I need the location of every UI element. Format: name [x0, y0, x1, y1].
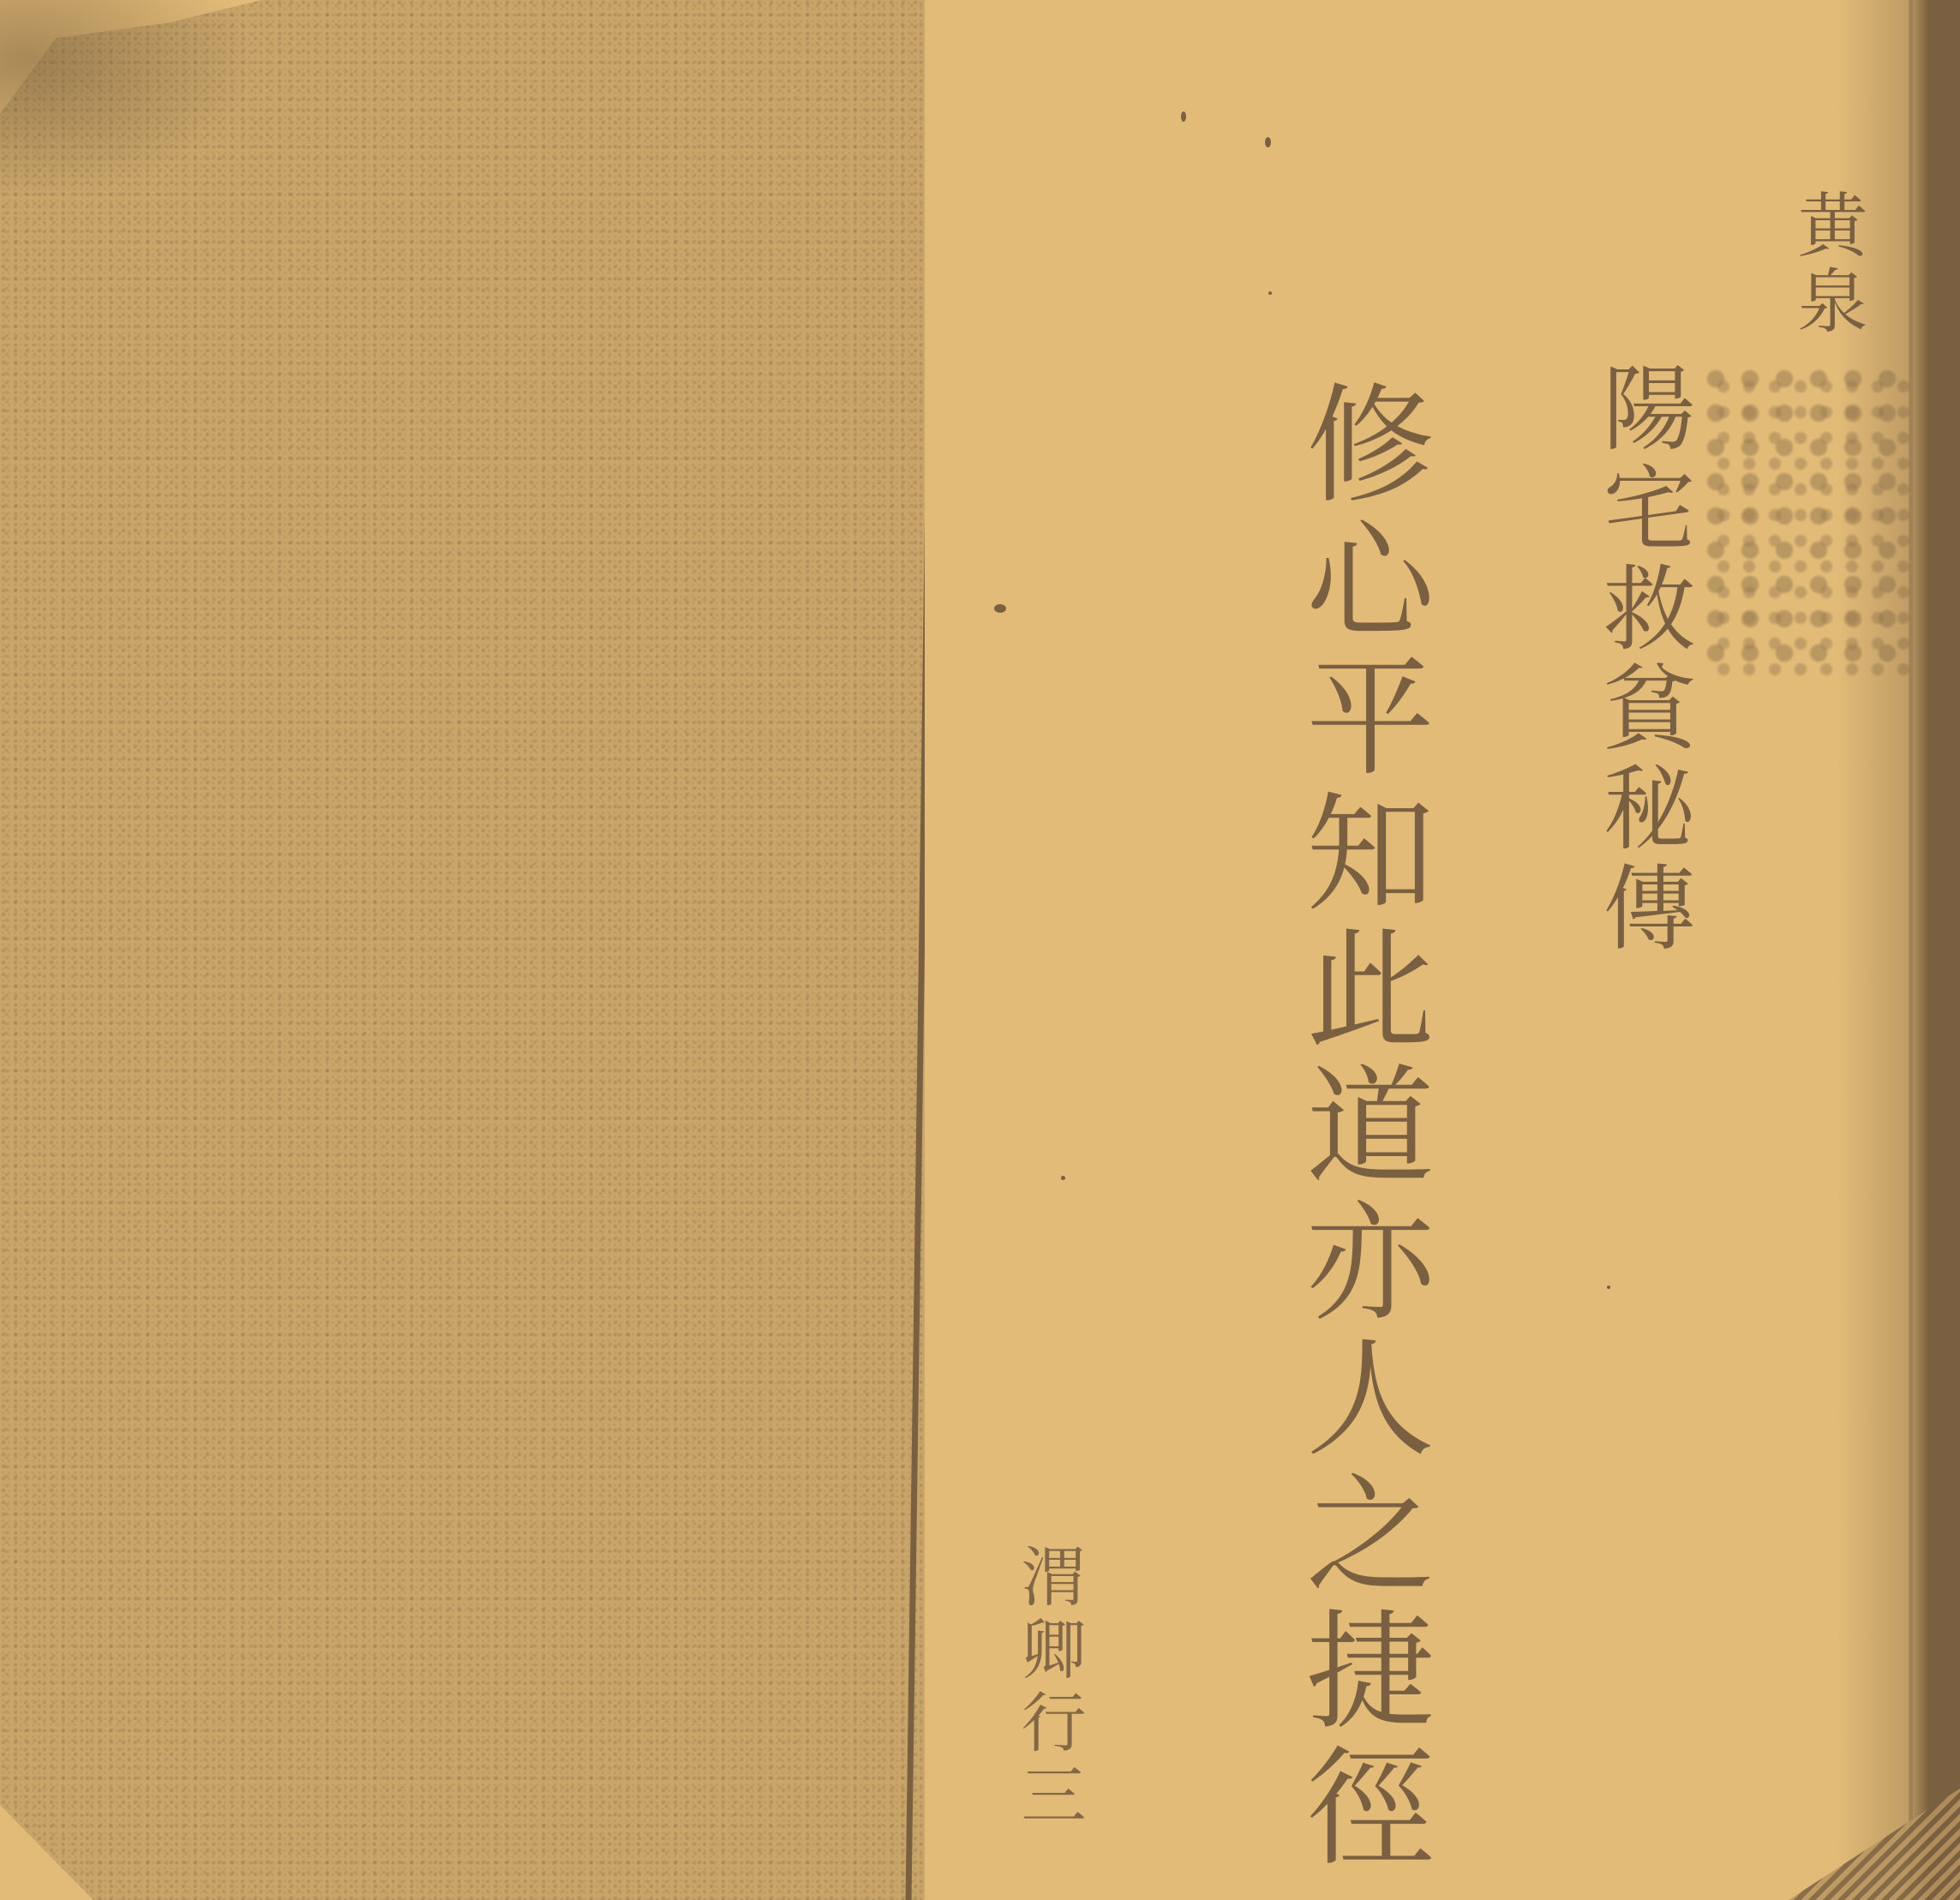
left-cover-page: [0, 0, 934, 1900]
signature-column: 渭卿行三: [1016, 1543, 1081, 1834]
cover-stain: [0, 0, 257, 197]
page-right-edge: [1909, 0, 1960, 1900]
ink-spot: [1061, 1176, 1065, 1180]
ink-spot: [1607, 1286, 1610, 1289]
main-title-column: 修心平知此道亦人之捷徑: [1294, 377, 1423, 1876]
damaged-area: [1705, 369, 1911, 677]
ink-spot: [1181, 111, 1186, 122]
ink-spot: [1265, 137, 1271, 147]
author-column: 黄泉: [1791, 189, 1861, 340]
ink-spot: [994, 604, 1006, 613]
subtitle-column: 陽宅救貧秘傳: [1594, 360, 1687, 960]
ink-spot: [1268, 291, 1272, 295]
